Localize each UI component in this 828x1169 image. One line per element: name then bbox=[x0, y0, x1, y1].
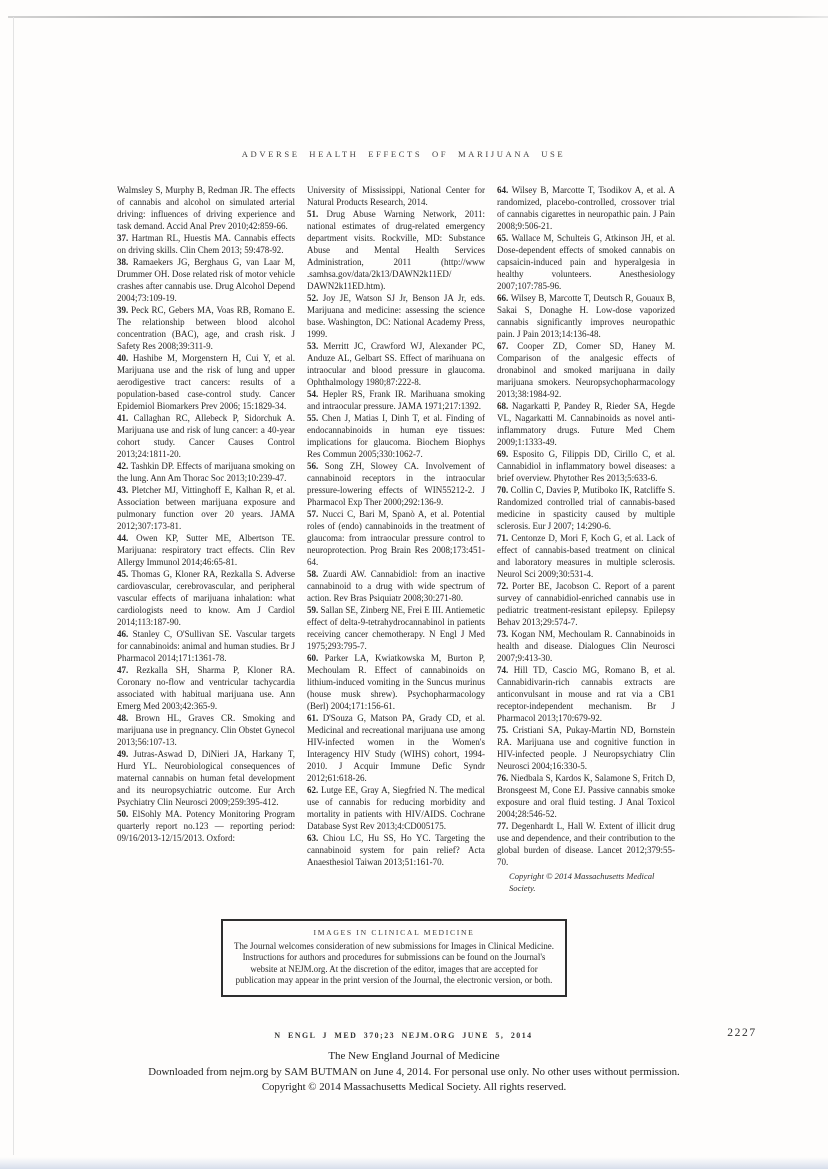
reference-item: 49. Jutras-Aswad D, DiNieri JA, Harkany … bbox=[117, 748, 295, 808]
reference-item: 56. Song ZH, Slowey CA. Involvement of c… bbox=[307, 460, 485, 508]
reference-item: 47. Rezkalla SH, Sharma P, Kloner RA. Co… bbox=[117, 664, 295, 712]
reference-item: 68. Nagarkatti P, Pandey R, Rieder SA, H… bbox=[497, 400, 675, 448]
reference-number: 46. bbox=[117, 629, 133, 639]
reference-item: 55. Chen J, Matias I, Dinh T, et al. Fin… bbox=[307, 412, 485, 460]
reference-item: 44. Owen KP, Sutter ME, Albertson TE. Ma… bbox=[117, 532, 295, 568]
reference-number: 51. bbox=[307, 209, 327, 219]
reference-item: Walmsley S, Murphy B, Redman JR. The eff… bbox=[117, 184, 295, 232]
journal-footer-line: N ENGL J MED 370;23 NEJM.ORG JUNE 5, 201… bbox=[117, 1031, 690, 1040]
references-section: Walmsley S, Murphy B, Redman JR. The eff… bbox=[117, 184, 690, 894]
reference-number: 73. bbox=[497, 629, 511, 639]
references-column-1: Walmsley S, Murphy B, Redman JR. The eff… bbox=[117, 184, 295, 894]
scan-artifact-top-line bbox=[8, 16, 828, 18]
reference-number: 55. bbox=[307, 413, 322, 423]
journal-page: ADVERSE HEALTH EFFECTS OF MARIJUANA USE … bbox=[0, 0, 828, 1169]
reference-number: 74. bbox=[497, 665, 514, 675]
reference-number: 69. bbox=[497, 449, 513, 459]
reference-item: 39. Peck RC, Gebers MA, Voas RB, Romano … bbox=[117, 304, 295, 352]
reference-number: 71. bbox=[497, 533, 511, 543]
reference-number: 45. bbox=[117, 569, 131, 579]
reference-item: 53. Merritt JC, Crawford WJ, Alexander P… bbox=[307, 340, 485, 388]
reference-item: 46. Stanley C, O'Sullivan SE. Vascular t… bbox=[117, 628, 295, 664]
reference-number: 62. bbox=[307, 785, 321, 795]
reference-number: 50. bbox=[117, 809, 132, 819]
reference-item: 63. Chiou LC, Hu SS, Ho YC. Targeting th… bbox=[307, 832, 485, 868]
reference-number: 53. bbox=[307, 341, 323, 351]
reference-item: 50. ElSohly MA. Potency Monitoring Progr… bbox=[117, 808, 295, 844]
reference-item: 59. Sallan SE, Zinberg NE, Frei E III. A… bbox=[307, 604, 485, 652]
reference-item: 73. Kogan NM, Mechoulam R. Cannabinoids … bbox=[497, 628, 675, 664]
reference-item: 65. Wallace M, Schulteis G, Atkinson JH,… bbox=[497, 232, 675, 292]
reference-number: 39. bbox=[117, 305, 131, 315]
reference-number: 56. bbox=[307, 461, 325, 471]
reference-number: 48. bbox=[117, 713, 135, 723]
reference-number: 52. bbox=[307, 293, 323, 303]
reference-item: 57. Nucci C, Bari M, Spanò A, et al. Pot… bbox=[307, 508, 485, 568]
reference-item: 71. Centonze D, Mori F, Koch G, et al. L… bbox=[497, 532, 675, 580]
reference-number: 42. bbox=[117, 461, 131, 471]
scan-artifact-bottom-band bbox=[0, 1157, 828, 1169]
reference-item: 52. Joy JE, Watson SJ Jr, Benson JA Jr, … bbox=[307, 292, 485, 340]
reference-item: 38. Ramaekers JG, Berghaus G, van Laar M… bbox=[117, 256, 295, 304]
reference-item: 60. Parker LA, Kwiatkowska M, Burton P, … bbox=[307, 652, 485, 712]
reference-item: 41. Callaghan RC, Allebeck P, Sidorchuk … bbox=[117, 412, 295, 460]
article-copyright-note: Copyright © 2014 Massachusetts Medical S… bbox=[509, 870, 675, 894]
reference-item: 76. Niedbala S, Kardos K, Salamone S, Fr… bbox=[497, 772, 675, 820]
stamp-download-line: Downloaded from nejm.org by SAM BUTMAN o… bbox=[0, 1066, 828, 1078]
reference-item: 75. Cristiani SA, Pukay-Martin ND, Borns… bbox=[497, 724, 675, 772]
reference-number: 41. bbox=[117, 413, 134, 423]
reference-number: 37. bbox=[117, 233, 132, 243]
scan-artifact-left-line bbox=[13, 17, 14, 1155]
references-column-2: University of Mississippi, National Cent… bbox=[307, 184, 485, 894]
reference-item: 42. Tashkin DP. Effects of marijuana smo… bbox=[117, 460, 295, 484]
reference-number: 76. bbox=[497, 773, 511, 783]
reference-number: 72. bbox=[497, 581, 512, 591]
notice-box-heading: IMAGES IN CLINICAL MEDICINE bbox=[234, 928, 554, 937]
reference-number: 47. bbox=[117, 665, 136, 675]
reference-number: 44. bbox=[117, 533, 136, 543]
reference-number: 49. bbox=[117, 749, 133, 759]
reference-item: 62. Lutge EE, Gray A, Siegfried N. The m… bbox=[307, 784, 485, 832]
reference-number: 67. bbox=[497, 341, 517, 351]
page-number: 2227 bbox=[710, 1027, 774, 1039]
reference-item: 74. Hill TD, Cascio MG, Romano B, et al.… bbox=[497, 664, 675, 724]
stamp-journal-name: The New England Journal of Medicine bbox=[0, 1050, 828, 1062]
reference-item: 40. Hashibe M, Morgenstern H, Cui Y, et … bbox=[117, 352, 295, 412]
reference-number: 61. bbox=[307, 713, 323, 723]
reference-item: 58. Zuardi AW. Cannabidiol: from an inac… bbox=[307, 568, 485, 604]
reference-item: 70. Collin C, Davies P, Mutiboko IK, Rat… bbox=[497, 484, 675, 532]
reference-item: 45. Thomas G, Kloner RA, Rezkalla S. Adv… bbox=[117, 568, 295, 628]
reference-number: 38. bbox=[117, 257, 133, 267]
reference-number: 68. bbox=[497, 401, 512, 411]
reference-item: 64. Wilsey B, Marcotte T, Tsodikov A, et… bbox=[497, 184, 675, 232]
reference-number: 64. bbox=[497, 185, 512, 195]
reference-number: 40. bbox=[117, 353, 133, 363]
reference-number: 66. bbox=[497, 293, 511, 303]
reference-number: 65. bbox=[497, 233, 512, 243]
references-column-3: 64. Wilsey B, Marcotte T, Tsodikov A, et… bbox=[497, 184, 675, 894]
reference-number: 63. bbox=[307, 833, 323, 843]
reference-number: 57. bbox=[307, 509, 322, 519]
reference-item: 67. Cooper ZD, Comer SD, Haney M. Compar… bbox=[497, 340, 675, 400]
reference-item: 54. Hepler RS, Frank IR. Marihuana smoki… bbox=[307, 388, 485, 412]
reference-item: 69. Esposito G, Filippis DD, Cirillo C, … bbox=[497, 448, 675, 484]
reference-item: 37. Hartman RL, Huestis MA. Cannabis eff… bbox=[117, 232, 295, 256]
reference-number: 77. bbox=[497, 821, 511, 831]
reference-item: 77. Degenhardt L, Hall W. Extent of illi… bbox=[497, 820, 675, 868]
reference-number: 70. bbox=[497, 485, 511, 495]
reference-item: 61. D'Souza G, Matson PA, Grady CD, et a… bbox=[307, 712, 485, 784]
reference-number: 43. bbox=[117, 485, 132, 495]
running-head: ADVERSE HEALTH EFFECTS OF MARIJUANA USE bbox=[117, 149, 690, 159]
reference-number: 59. bbox=[307, 605, 321, 615]
stamp-copyright-line: Copyright © 2014 Massachusetts Medical S… bbox=[0, 1081, 828, 1093]
reference-number: 60. bbox=[307, 653, 325, 663]
reference-item: University of Mississippi, National Cent… bbox=[307, 184, 485, 208]
reference-item: 72. Porter BE, Jacobson C. Report of a p… bbox=[497, 580, 675, 628]
reference-item: 51. Drug Abuse Warning Network, 2011: na… bbox=[307, 208, 485, 292]
images-in-clinical-medicine-box: IMAGES IN CLINICAL MEDICINE The Journal … bbox=[221, 919, 567, 997]
reference-item: 43. Pletcher MJ, Vittinghoff E, Kalhan R… bbox=[117, 484, 295, 532]
reference-item: 66. Wilsey B, Marcotte T, Deutsch R, Gou… bbox=[497, 292, 675, 340]
notice-box-body: The Journal welcomes consideration of ne… bbox=[234, 941, 554, 987]
reference-number: 58. bbox=[307, 569, 323, 579]
download-stamp: The New England Journal of Medicine Down… bbox=[0, 1050, 828, 1097]
reference-item: 48. Brown HL, Graves CR. Smoking and mar… bbox=[117, 712, 295, 748]
reference-number: 54. bbox=[307, 389, 323, 399]
reference-number: 75. bbox=[497, 725, 513, 735]
